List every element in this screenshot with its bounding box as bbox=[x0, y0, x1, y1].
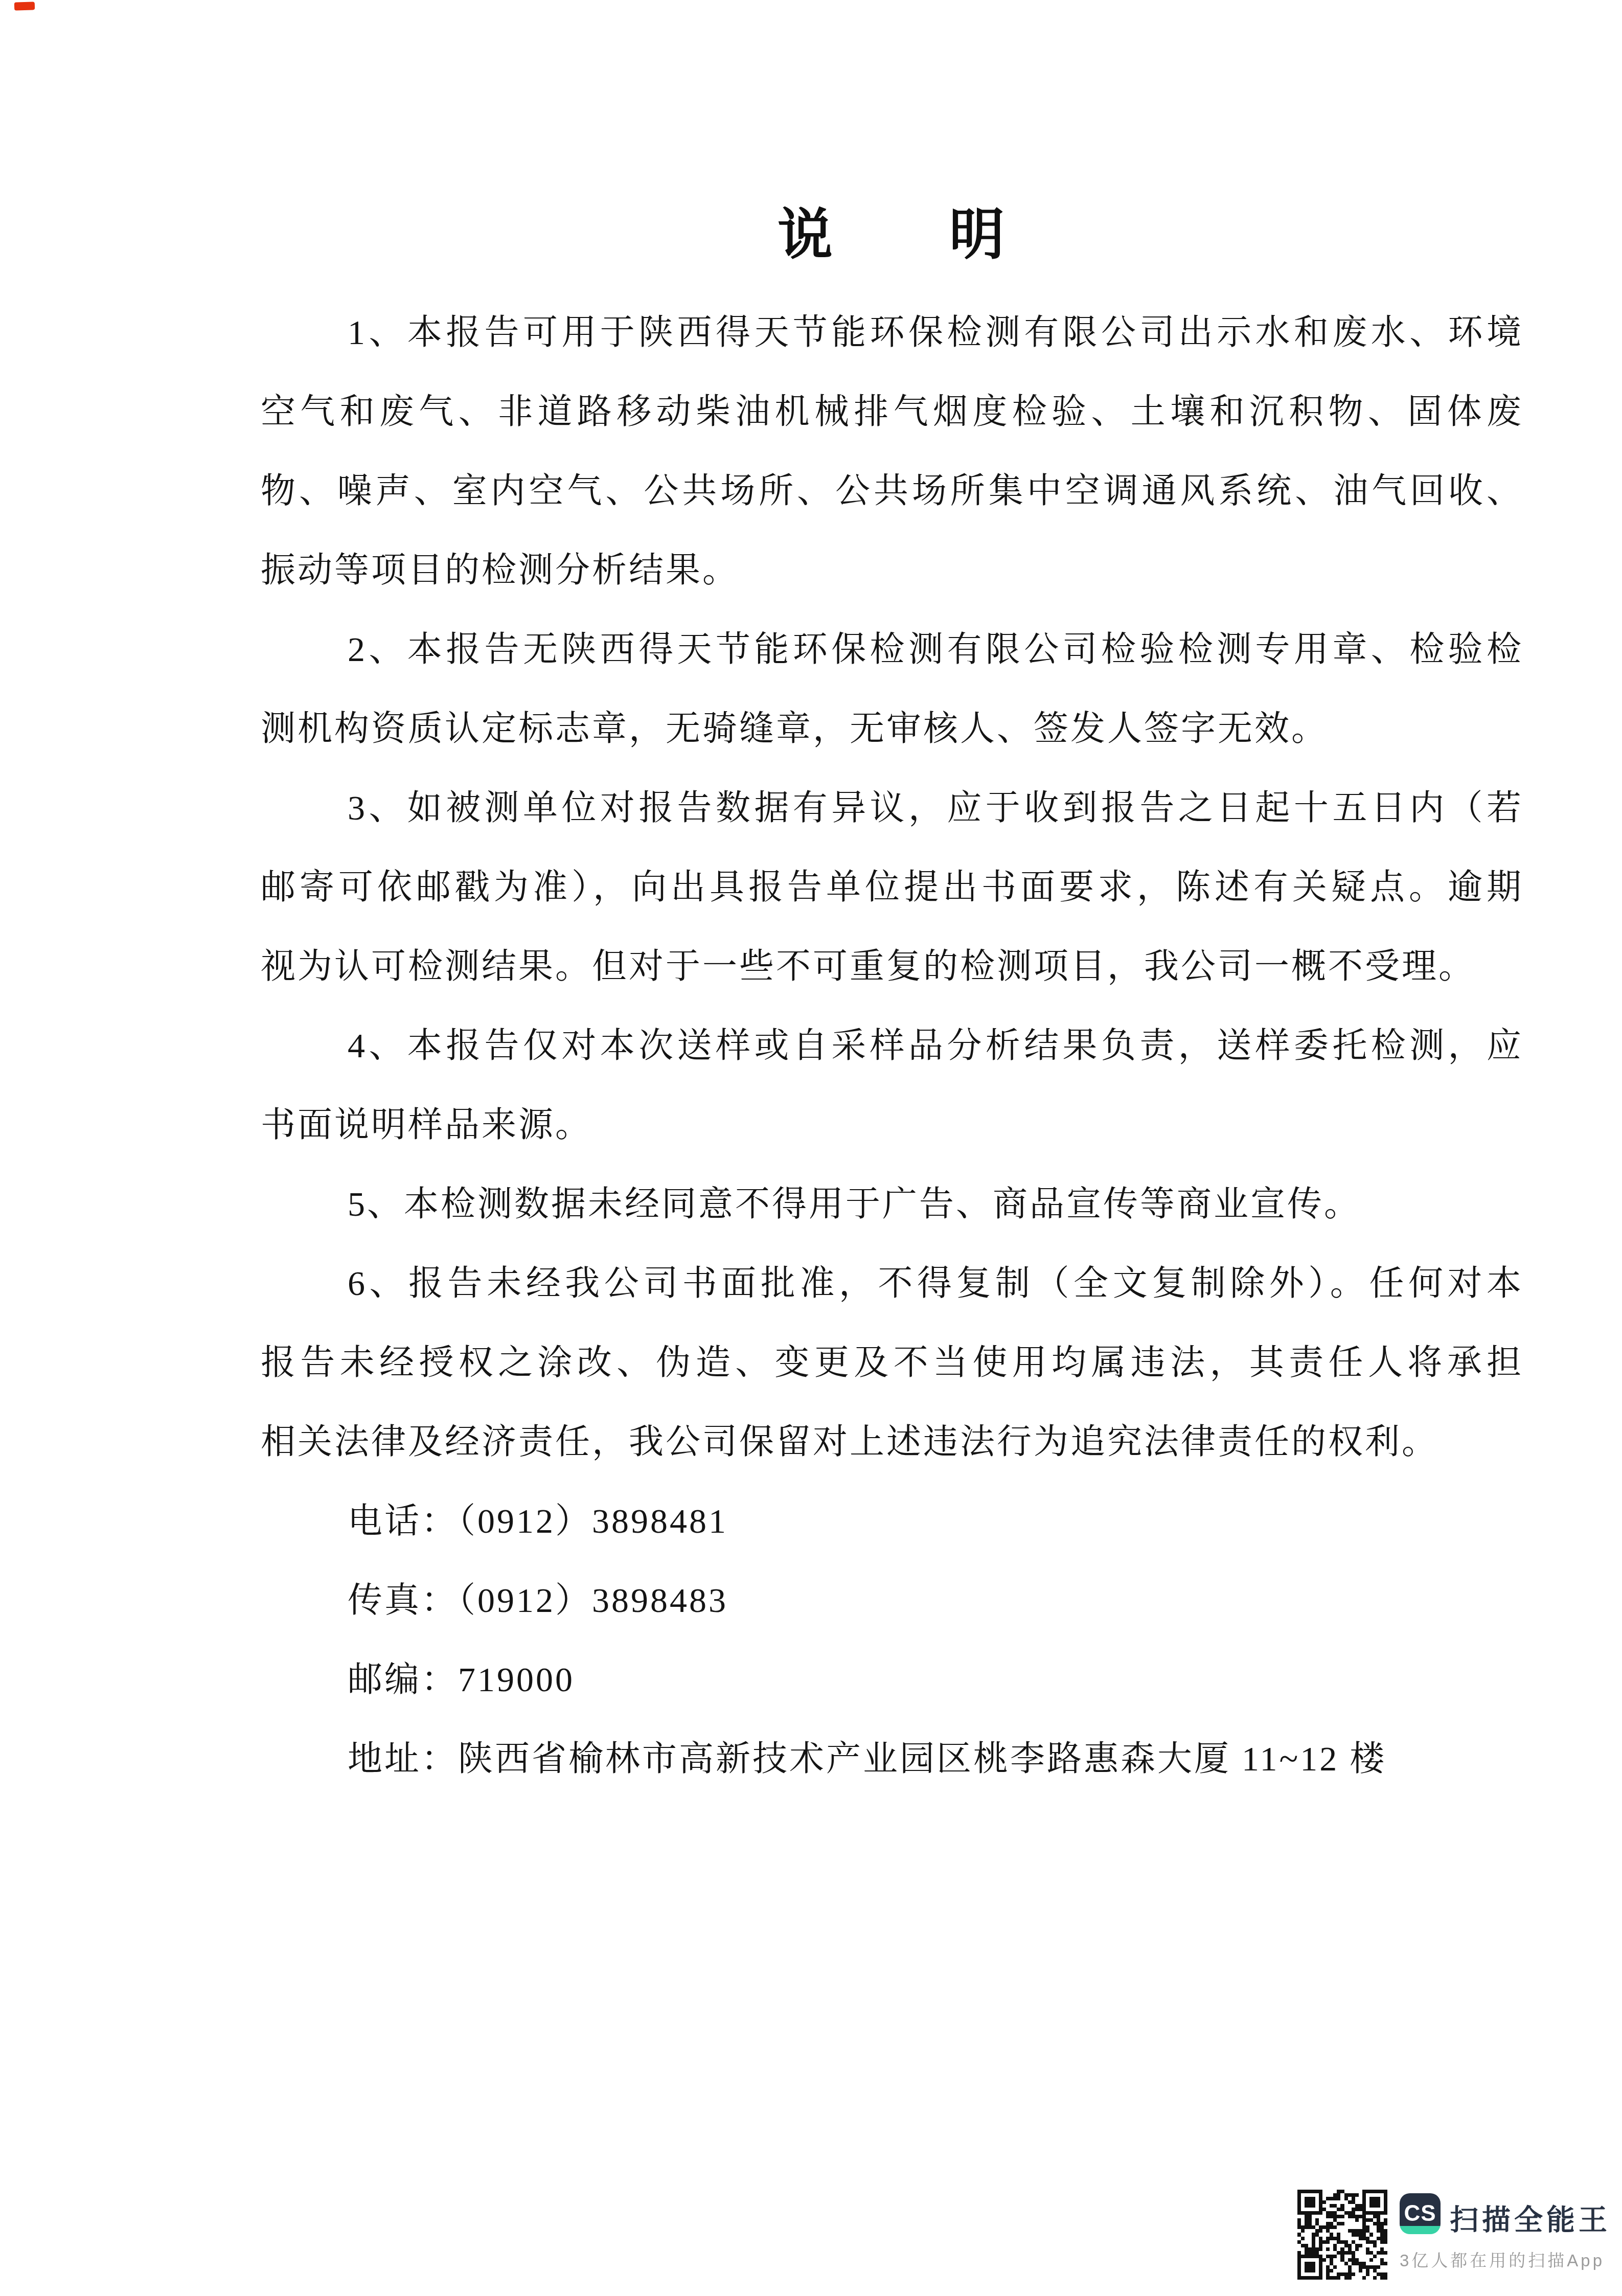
text-line: 邮编：719000 bbox=[261, 1640, 1523, 1719]
document-body: 1、本报告可用于陕西得天节能环保检测有限公司出示水和废水、环境空气和废气、非道路… bbox=[261, 293, 1523, 1799]
text-line: 邮寄可依邮戳为准），向出具报告单位提出书面要求，陈述有关疑点。逾期 bbox=[261, 848, 1523, 927]
text-line: 相关法律及经济责任，我公司保留对上述违法行为追究法律责任的权利。 bbox=[261, 1402, 1523, 1482]
camscanner-tagline: 3亿人都在用的扫描App bbox=[1400, 2247, 1605, 2271]
page-title: 说 明 bbox=[261, 190, 1523, 269]
text-line: 报告未经授权之涂改、伪造、变更及不当使用均属违法，其责任人将承担 bbox=[261, 1323, 1523, 1402]
text-line: 6、报告未经我公司书面批准，不得复制（全文复制除外）。任何对本 bbox=[261, 1244, 1523, 1323]
text-line: 1、本报告可用于陕西得天节能环保检测有限公司出示水和废水、环境 bbox=[261, 293, 1523, 372]
scan-artifact-red-mark bbox=[14, 2, 35, 10]
text-line: 3、如被测单位对报告数据有异议，应于收到报告之日起十五日内（若 bbox=[261, 768, 1523, 848]
document-content: 说 明 1、本报告可用于陕西得天节能环保检测有限公司出示水和废水、环境空气和废气… bbox=[261, 190, 1523, 1799]
text-line: 视为认可检测结果。但对于一些不可重复的检测项目，我公司一概不受理。 bbox=[261, 927, 1523, 1006]
text-line: 振动等项目的检测分析结果。 bbox=[261, 531, 1523, 610]
text-line: 空气和废气、非道路移动柴油机械排气烟度检验、土壤和沉积物、固体废 bbox=[261, 372, 1523, 451]
text-line: 测机构资质认定标志章，无骑缝章，无审核人、签发人签字无效。 bbox=[261, 689, 1523, 768]
text-line: 5、本检测数据未经同意不得用于广告、商品宣传等商业宣传。 bbox=[261, 1165, 1523, 1244]
text-line: 电话：（0912）3898481 bbox=[261, 1482, 1523, 1561]
text-line: 物、噪声、室内空气、公共场所、公共场所集中空调通风系统、油气回收、 bbox=[261, 451, 1523, 531]
scanned-document-page: 说 明 1、本报告可用于陕西得天节能环保检测有限公司出示水和废水、环境空气和废气… bbox=[0, 0, 1622, 2296]
text-line: 4、本报告仅对本次送样或自采样品分析结果负责，送样委托检测，应 bbox=[261, 1006, 1523, 1085]
qr-code-icon bbox=[1297, 2190, 1387, 2280]
camscanner-logo-icon: CS bbox=[1400, 2193, 1441, 2234]
text-line: 书面说明样品来源。 bbox=[261, 1085, 1523, 1165]
text-line: 传真：（0912）3898483 bbox=[261, 1561, 1523, 1640]
text-line: 2、本报告无陕西得天节能环保检测有限公司检验检测专用章、检验检 bbox=[261, 610, 1523, 689]
camscanner-app-name: 扫描全能王 bbox=[1450, 2197, 1611, 2238]
camscanner-logo-text: CS bbox=[1404, 2201, 1436, 2226]
text-line: 地址：陕西省榆林市高新技术产业园区桃李路惠森大厦 11~12 楼 bbox=[261, 1719, 1523, 1799]
camscanner-watermark: CS 扫描全能王 3亿人都在用的扫描App bbox=[1297, 2188, 1614, 2290]
